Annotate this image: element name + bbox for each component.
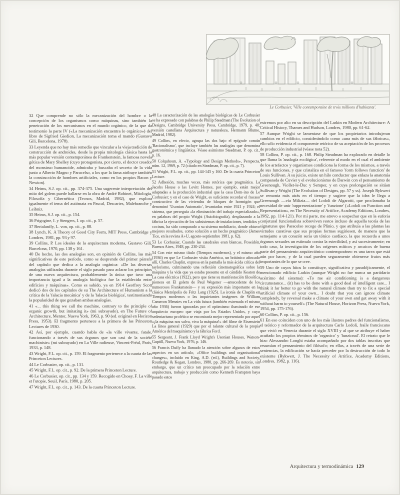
endnote: 34 Heims, S.J. op. cit., pp. 374-375. Un… — [29, 186, 152, 212]
endnote: 52 Adhesión, muchas veces, más retórica … — [152, 180, 260, 239]
notes-column-2: 48 La caracterización de las analogías b… — [152, 113, 260, 467]
notes-column-3: extremos por alto en su descripción del … — [260, 120, 390, 460]
footer-chapter-title: Arquitectura y termodinámica — [290, 464, 353, 470]
page-footer: Arquitectura y termodinámica129 — [151, 464, 364, 476]
endnote: 56 Francis Duffy ha llamado la atención … — [152, 345, 260, 379]
endnote: 38 Lynch, K. A Theory of Good City Form,… — [29, 230, 152, 240]
endnote: 43 Wright, F.L. op. cit., p. 159. El fra… — [29, 351, 152, 361]
endnote: 45 Wright, F.L. op. cit., p. 92. De la p… — [29, 368, 152, 373]
figure-caption: Le Corbusier, 'Ville contemporaine de tr… — [255, 105, 391, 115]
endnote: 42 Así, por ejemplo, cuando habla de «la… — [29, 330, 152, 350]
notes-column-3-text: extremos por alto en su descripción del … — [260, 120, 390, 364]
endnote: 49 Collins, en efecto, agrupa las dos ba… — [152, 138, 260, 158]
endnote: 39 Collins, P. Los ideales de la arquite… — [29, 241, 152, 251]
endnote: 41 «... this thing we call the machine, … — [29, 303, 152, 329]
endnote: 37 Bertalanffy, L. von, op. cit., p. 88. — [29, 224, 152, 229]
endnote: 36 Prigogine, I. y Stengers, I. op. cit.… — [29, 218, 152, 223]
notes-column-1: 32 Que comprende no sólo la mecanización… — [29, 113, 152, 443]
footer-page-number: 129 — [353, 464, 364, 470]
endnote: 54 Con este mismo título (Tiempos modern… — [152, 250, 260, 334]
endnote: 50 Colquhoun, A. «Typology and Design Me… — [152, 159, 260, 169]
endnote: 33 Leyenda que no hay más remedio que vi… — [29, 144, 152, 185]
endnote: 51 Wright, F.L. op. cit., pp. 144-145 y … — [152, 169, 260, 179]
endnote: 40 De hecho, las dos analogías son, en o… — [29, 252, 152, 303]
endnote: 60 Collins, P. op. cit., p. 156. — [260, 312, 390, 317]
endnote: 55 Sergeant, J. Frank Lloyd Wright's Uso… — [152, 335, 260, 345]
endnote: 47 Wright, F.L. op. cit., p. 143. De la … — [29, 384, 152, 389]
endnote: 53 Le Corbusier, Cuando las catedrales e… — [152, 240, 260, 250]
figure-image — [206, 34, 390, 105]
endnote: 57 Aunque Wright se lamentase de que los… — [260, 131, 390, 151]
figure-caption-text: Le Corbusier, 'Ville contemporaine de tr… — [255, 105, 391, 110]
endnote: 44 Le Corbusier, op. cit., p. 131. — [29, 362, 152, 367]
endnote: 61 En eso coinciden con uno de los más i… — [260, 318, 390, 364]
endnote: 46 Le Corbusier, op. cit., pp. 134 y 159… — [29, 373, 152, 383]
endnote: 58 Collins, P. op. cit., p. 168. Philip … — [260, 152, 390, 264]
endnote: extremos por alto en su descripción del … — [260, 120, 390, 130]
notes-column-2-text: 48 La caracterización de las analogías b… — [152, 113, 260, 380]
le-corbusier-city-sketch — [206, 34, 390, 105]
sketch-esplanade — [207, 84, 389, 104]
scanned-book-page: Le Corbusier, 'Ville contemporaine de tr… — [0, 0, 400, 495]
notes-column-1-text: 32 Que comprende no sólo la mecanización… — [29, 113, 152, 390]
endnote: 32 Que comprende no sólo la mecanización… — [29, 113, 152, 144]
endnote: 59 Uno de cuyos hitos lo constituye, sig… — [260, 265, 390, 311]
endnote: 48 La caracterización de las analogías b… — [152, 113, 260, 138]
endnote: 35 Heims, S.J. op. cit., p. 154. — [29, 212, 152, 217]
